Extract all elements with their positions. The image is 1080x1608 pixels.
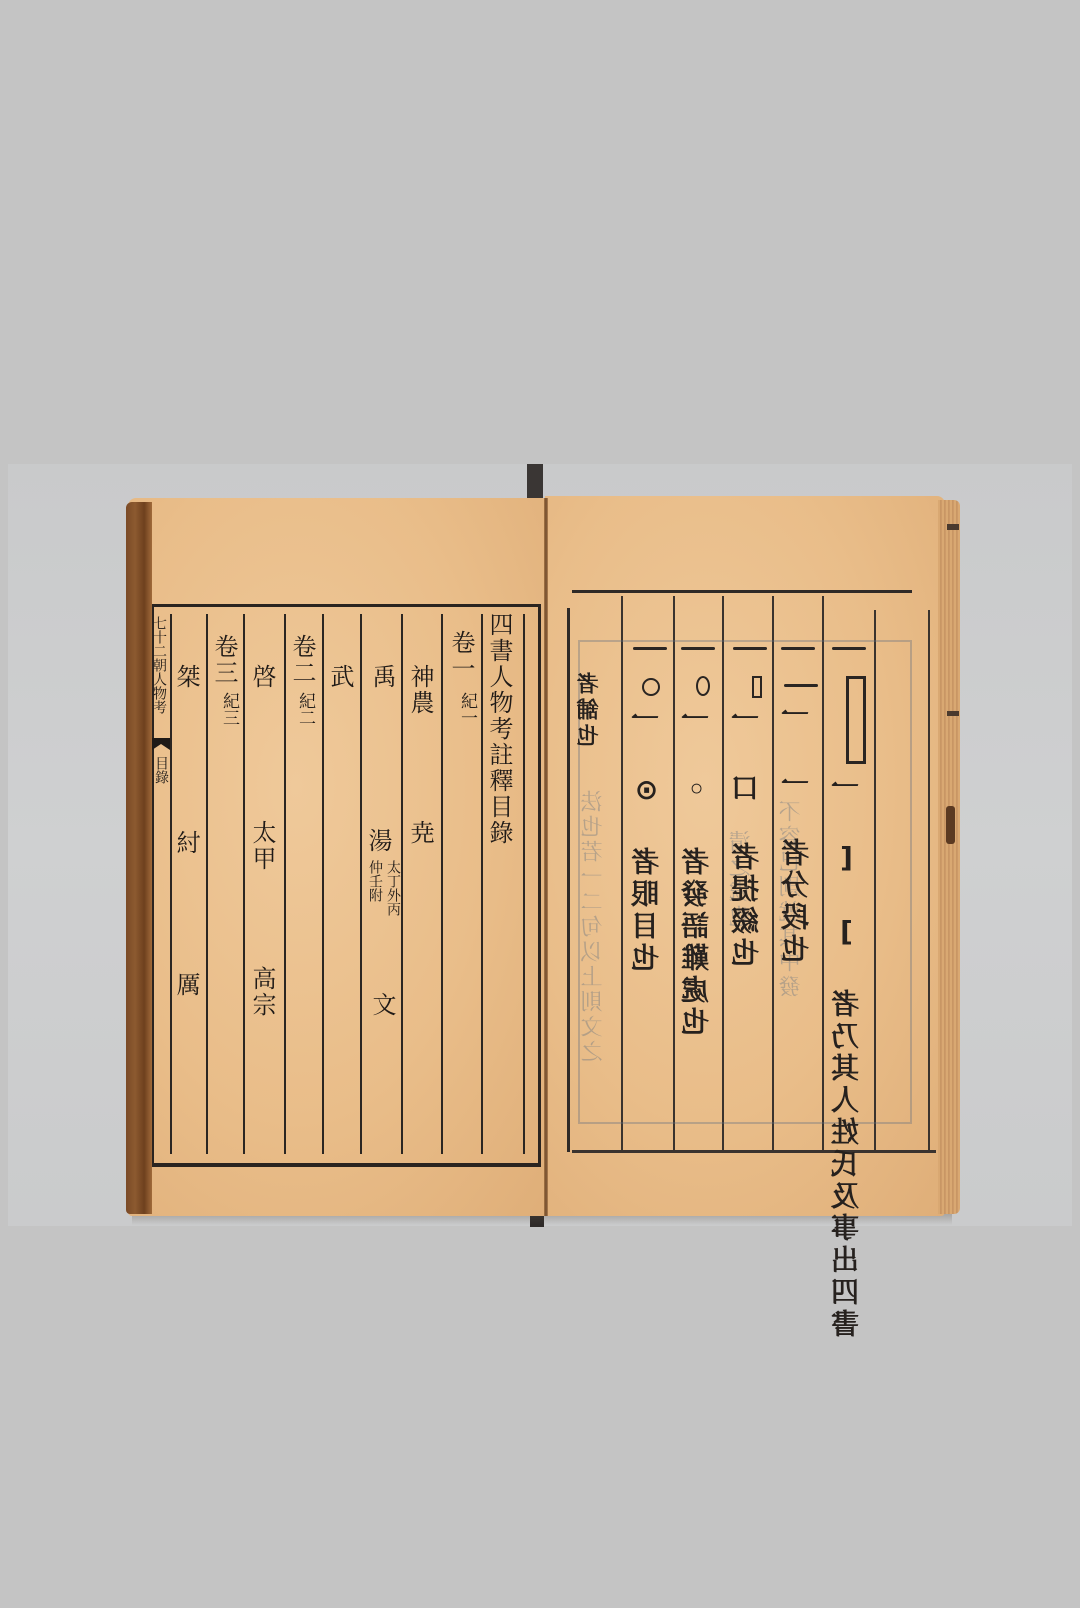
toc-entry: 厲 [174,972,198,998]
page-tab-marker [947,711,959,716]
column-marker-dash [633,647,667,650]
column-marker-dash [681,647,715,650]
mirrored-text-column: 者舖也 [578,672,601,750]
volume-subheading: 紀三 [220,692,237,726]
toc-annotation: 太丁外丙 [386,860,400,916]
column-marker-dash [784,684,818,687]
column-marker-dash [781,647,815,650]
toc-entry: 桀 [174,664,198,690]
column-rule [284,614,286,1154]
column-rule [481,614,483,1154]
volume-subheading: 紀一 [458,692,475,726]
column-rule [523,614,525,1154]
mirrored-text-column: 一 ⊙ 者眼目也 [632,704,661,975]
toc-entry: 神農 [408,664,432,716]
printed-frame-right-left [567,608,570,1152]
printed-frame-right-bottom [572,1150,936,1153]
toc-entry: 紂 [174,830,198,856]
toc-entry: 武 [328,664,352,690]
column-rule [243,614,245,1154]
mirrored-text-column: 一 ◦ 者發語難處也 [682,704,711,1039]
column-marker-dash [832,647,866,650]
column-marker-dash [733,647,767,650]
toc-entry: 文 [370,992,394,1018]
volume-heading: 卷一 [449,630,473,682]
column-rule [206,614,208,1154]
printed-frame-right-top [572,590,912,593]
margin-sub-label: 目錄 [154,756,168,784]
volume-subheading: 紀二 [296,692,313,726]
toc-title: 四書人物考註釋目錄 [487,612,511,846]
toc-entry: 湯 [366,828,390,854]
column-rule [322,614,324,1154]
toc-entry: 禹 [370,664,394,690]
toc-entry: 高宗 [250,966,274,1018]
toc-entry: 尭 [408,820,432,846]
mirrored-text-column: 一 [ ] 者乃其人姓氏及事出四書 [832,772,861,1341]
toc-annotation: 仲壬附 [368,860,382,902]
book-gutter [544,498,548,1216]
right-page-stack-edge [938,500,960,1214]
column-rule [441,614,443,1154]
left-page-edge [126,502,152,1214]
margin-label: 七十二朝人物考 [152,616,166,714]
bracket-symbol-icon [846,676,866,764]
toc-entry: 啓 [250,664,274,690]
toc-entry: 太甲 [250,820,274,872]
page-damage-notch [946,806,955,844]
column-rule [170,614,172,1154]
column-rule [360,614,362,1154]
open-circle-symbol-icon [696,676,710,696]
square-symbol-icon [752,676,762,698]
mirrored-text-column: 一 口 者提綴也 [732,704,761,970]
circle-dot-symbol-icon [642,678,660,696]
volume-heading: 卷二 [290,634,314,686]
column-rule [928,610,930,1150]
column-rule [401,614,403,1154]
page-tab-marker [947,524,959,530]
mirrored-text-column: 一 一 者分段也 [782,700,811,966]
show-through-text: 法也若一二句以上則文之 [582,790,605,1065]
volume-heading: 卷三 [212,634,236,686]
